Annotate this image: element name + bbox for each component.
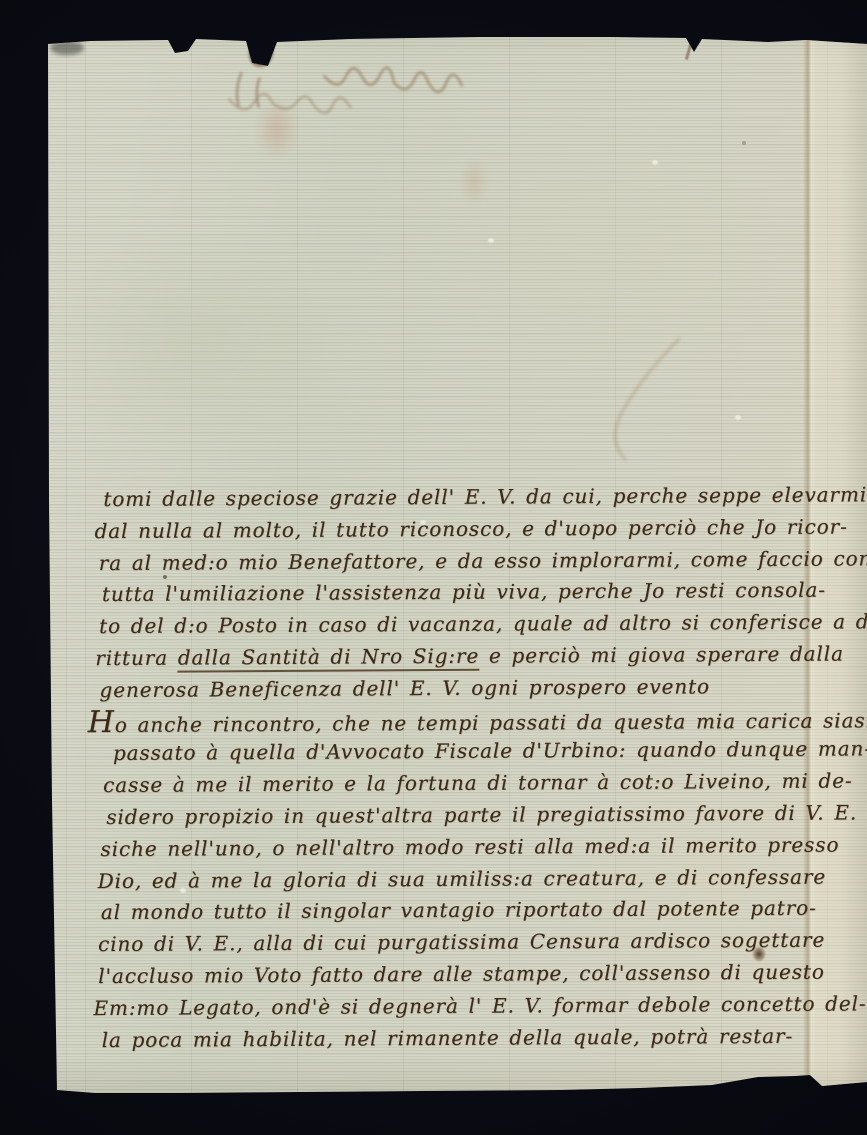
scan-background: tomi dalle speciose grazie dell' E. V. d… bbox=[0, 0, 867, 1135]
manuscript-page: tomi dalle speciose grazie dell' E. V. d… bbox=[0, 0, 867, 1135]
paper-edge-shading bbox=[0, 0, 867, 1135]
